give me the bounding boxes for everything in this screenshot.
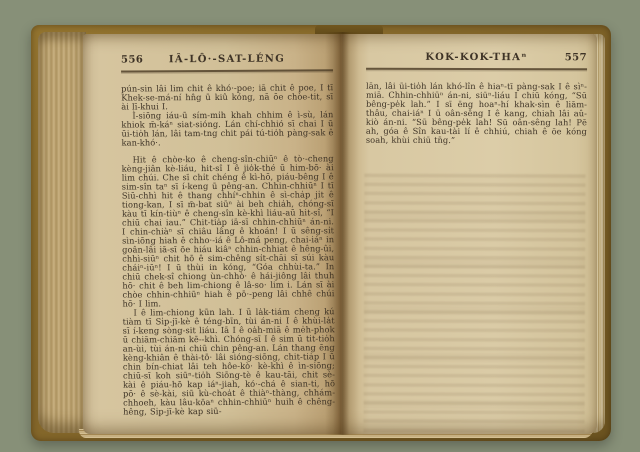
left-page: 556 IÂ-LÔ·-SAT-LÉNG pún-sin lâi lim chit… — [83, 34, 341, 434]
paragraph: pún-sin lâi lim chit ê khó·-poe; iā chit… — [121, 83, 333, 111]
right-page-number: 557 — [543, 52, 587, 63]
paragraph: Hit ê chòe-ko ê cheng-sîn-chiūⁿ ê tò·-ch… — [122, 154, 335, 308]
paragraph: I ê lim-chiong kūn lah. I ū la̍k-tiám ch… — [123, 307, 336, 416]
page-edges-left — [38, 32, 86, 433]
header-rule-right — [366, 68, 587, 70]
right-page-text: lān, lâi ūi-tio̍h lán khó-lîn ê hiaⁿ-tī … — [366, 81, 587, 145]
right-page: KOK-KOK-THAⁿ 557 lān, lâi ūi-tio̍h lán k… — [341, 34, 597, 434]
open-book: 556 IÂ-LÔ·-SAT-LÉNG pún-sin lâi lim chit… — [31, 25, 611, 441]
left-page-header: 556 IÂ-LÔ·-SAT-LÉNG — [121, 53, 333, 65]
paragraph: Ì-siōng iáu-ū sím-mi̍h khah chhim ê ì-sù… — [121, 110, 333, 147]
left-page-text: pún-sin lâi lim chit ê khó·-poe; iā chit… — [121, 83, 335, 416]
left-running-title: IÂ-LÔ·-SAT-LÉNG — [165, 54, 289, 66]
left-page-number: 556 — [121, 54, 165, 65]
paragraph: lān, lâi ūi-tio̍h lán khó-lîn ê hiaⁿ-tī … — [366, 81, 587, 145]
header-rule-left — [121, 69, 333, 72]
right-running-title: KOK-KOK-THAⁿ — [410, 52, 543, 63]
bleedthrough-text — [364, 174, 586, 437]
right-page-header: KOK-KOK-THAⁿ 557 — [366, 52, 587, 64]
